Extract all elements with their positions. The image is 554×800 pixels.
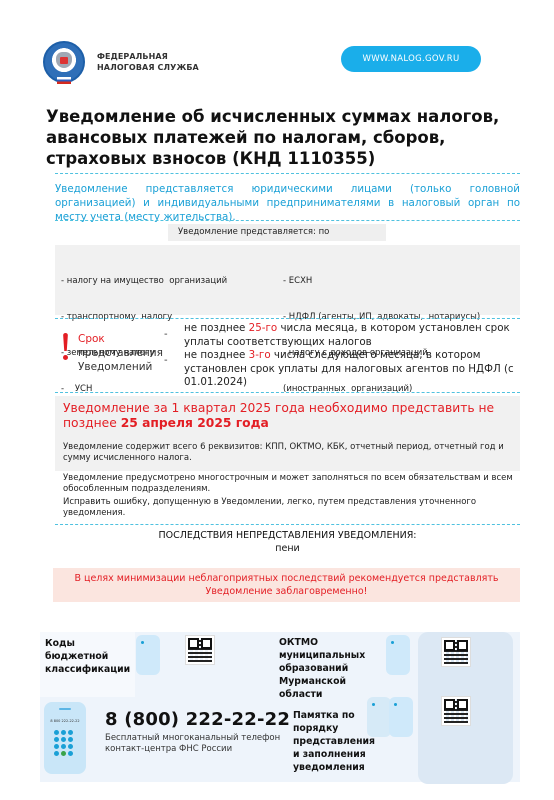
recommendation-banner: В целях минимизации неблагоприятных посл… (53, 568, 520, 602)
phone-icon: 8 800 222-22-22 (44, 702, 86, 774)
exclamation-icon (60, 333, 70, 363)
submitted-by-label: Уведомление представляется: по (168, 224, 386, 241)
deadline-item: не позднее 3-го числа следующего месяца,… (184, 349, 524, 390)
dash-mark: - (164, 355, 168, 366)
intro-text: Уведомление представляется юридическими … (55, 182, 520, 224)
consequences: ПОСЛЕДСТВИЯ НЕПРЕДСТАВЛЕНИЯ УВЕДОМЛЕНИЯ:… (55, 529, 520, 555)
divider (55, 392, 520, 393)
fns-logo (43, 41, 85, 83)
hotline-description: Бесплатный многоканальный телефон контак… (105, 733, 280, 755)
deadline-label: Срок представления Уведомлений (78, 332, 163, 374)
dash-mark: - (164, 329, 168, 340)
consequences-value: пени (55, 542, 520, 555)
phone-card-icon (386, 635, 410, 675)
org-name: ФЕДЕРАЛЬНАЯ НАЛОГОВАЯ СЛУЖБА (97, 51, 199, 73)
divider (55, 173, 520, 174)
phone-card-icon (389, 697, 413, 737)
hotline-desc-line: Бесплатный многоканальный телефон (105, 733, 280, 744)
deadline-label-word: представления (78, 346, 163, 360)
phone-card-icon (136, 635, 160, 675)
deadline-label-word: Срок (78, 332, 163, 346)
qr-code-icon[interactable] (442, 697, 470, 725)
divider (55, 220, 520, 221)
qr-code-icon[interactable] (186, 636, 214, 664)
resource-label-kbk: Коды бюджетной классификации (45, 637, 135, 676)
info-paragraph: Уведомление содержит всего 6 реквизитов:… (63, 442, 518, 464)
resource-label-memo: Памятка по порядку представления и запол… (293, 709, 373, 774)
resource-label-oktmo: ОКТМО муниципальных образований Мурманск… (279, 636, 379, 701)
quarter-deadline-notice: Уведомление за 1 квартал 2025 года необх… (63, 401, 513, 431)
org-name-line1: ФЕДЕРАЛЬНАЯ (97, 51, 199, 62)
hotline-number[interactable]: 8 (800) 222-22-22 (105, 709, 290, 730)
deadline-label-word: Уведомлений (78, 360, 163, 374)
info-paragraph: Уведомление предусмотрено многострочным … (63, 473, 518, 495)
phone-screen-number: 8 800 222-22-22 (47, 719, 83, 723)
page-title: Уведомление об исчисленных суммах налого… (46, 106, 516, 169)
tax-list: - налогу на имущество организаций - тран… (55, 245, 520, 315)
org-name-line2: НАЛОГОВАЯ СЛУЖБА (97, 62, 199, 73)
russian-flag-icon (57, 77, 71, 84)
divider (55, 524, 520, 525)
deadline-text: не позднее 25-го числа месяца, в котором… (184, 322, 524, 390)
info-paragraph: Исправить ошибку, допущенную в Уведомлен… (63, 497, 518, 519)
website-link-button[interactable]: WWW.NALOG.GOV.RU (341, 46, 481, 72)
consequences-heading: ПОСЛЕДСТВИЯ НЕПРЕДСТАВЛЕНИЯ УВЕДОМЛЕНИЯ: (55, 529, 520, 542)
qr-code-icon[interactable] (442, 638, 470, 666)
divider (55, 318, 520, 319)
deadline-item: не позднее 25-го числа месяца, в котором… (184, 322, 524, 349)
list-item: - налогу на имущество организаций (61, 275, 227, 287)
shield-icon (60, 57, 68, 64)
hotline-desc-line: контакт-центра ФНС России (105, 744, 280, 755)
list-item: - ЕСХН (283, 275, 480, 287)
